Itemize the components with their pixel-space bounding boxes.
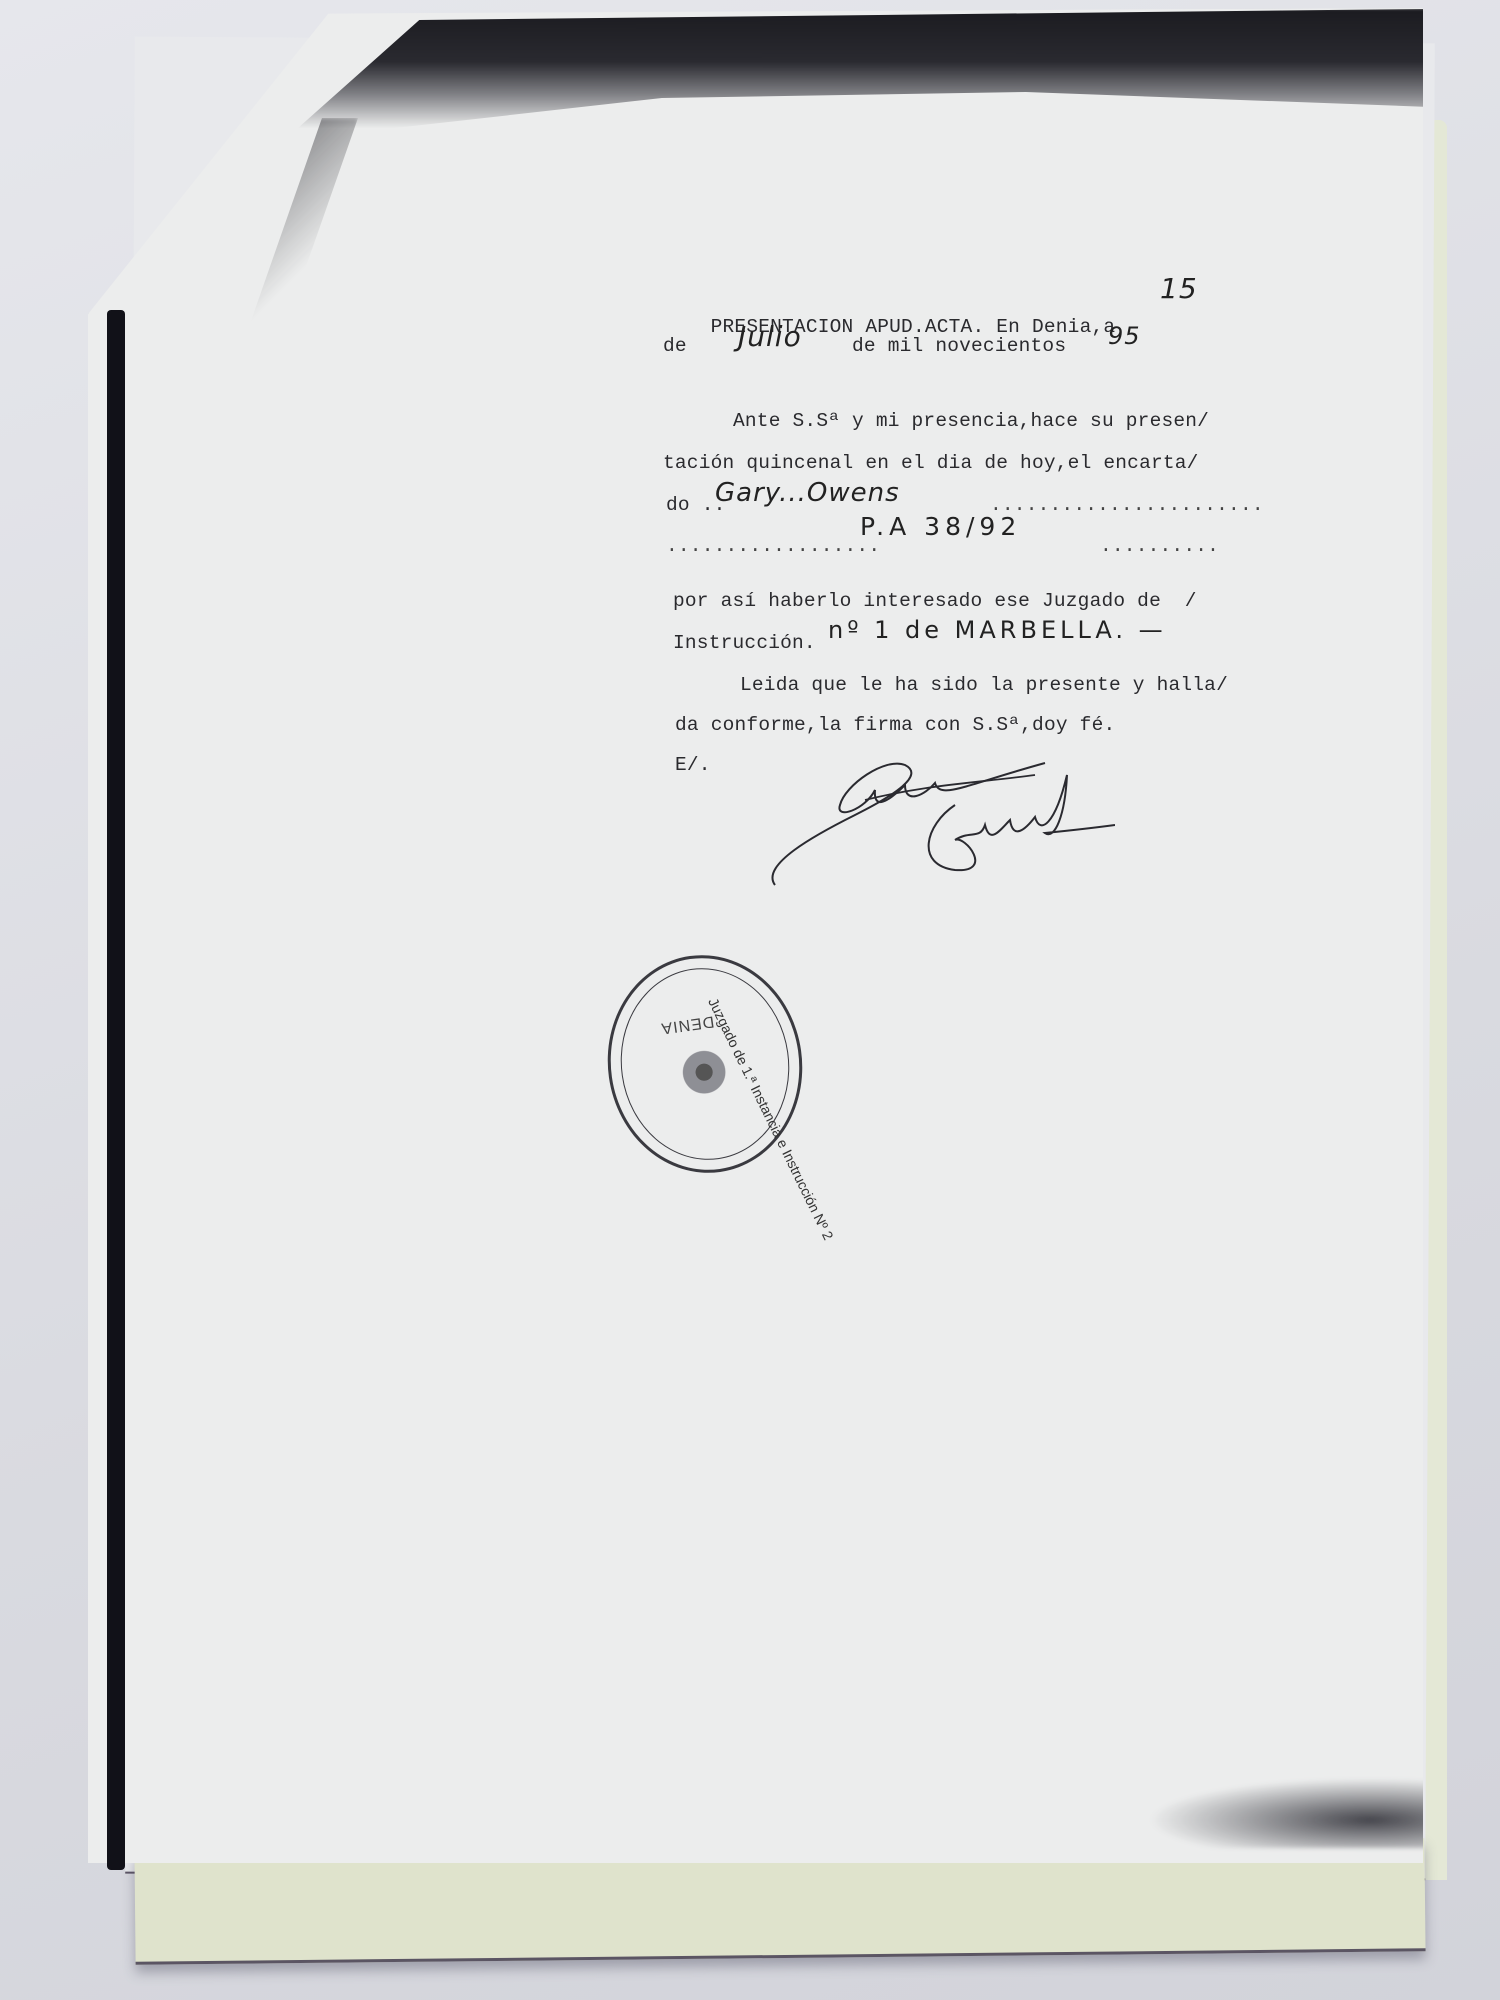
handwritten-year: 95 (1108, 322, 1141, 350)
paragraph3-line2: da conforme,la firma con S.Sª,doy fé. (675, 714, 1115, 736)
paragraph2-line2: Instrucción. (673, 632, 816, 654)
handwritten-signature (755, 745, 1115, 895)
handwritten-day: 15 (1160, 272, 1198, 305)
copy-edge-black-bar (107, 310, 159, 1870)
date-middle: de mil novecientos (852, 335, 1066, 357)
toner-smudge-corner (238, 118, 358, 358)
date-prefix: de (663, 335, 687, 357)
handwritten-month: Julio (738, 320, 802, 353)
paragraph2-line1: por así haberlo interesado ese Juzgado d… (673, 590, 1197, 612)
toner-smudge-top (298, 8, 1500, 128)
name-dots: ....................... (990, 494, 1264, 516)
case-dots-after: .......... (1100, 535, 1219, 557)
paragraph3-line1: Leida que le ha sido la presente y halla… (740, 674, 1228, 696)
handwritten-name: Gary...Owens (715, 478, 900, 508)
paragraph1-line2: tación quincenal en el dia de hoy,el enc… (663, 452, 1199, 474)
photocopied-document-page (88, 8, 1423, 1863)
case-dots-before: .................. (666, 535, 880, 557)
closing-mark: E/. (675, 754, 711, 776)
paragraph1-line1: Ante S.Sª y mi presencia,hace su presen/ (733, 410, 1209, 432)
handwritten-case-number: P.A 38/92 (860, 512, 1021, 541)
handwritten-court: nº 1 de MARBELLA. — (828, 616, 1167, 644)
